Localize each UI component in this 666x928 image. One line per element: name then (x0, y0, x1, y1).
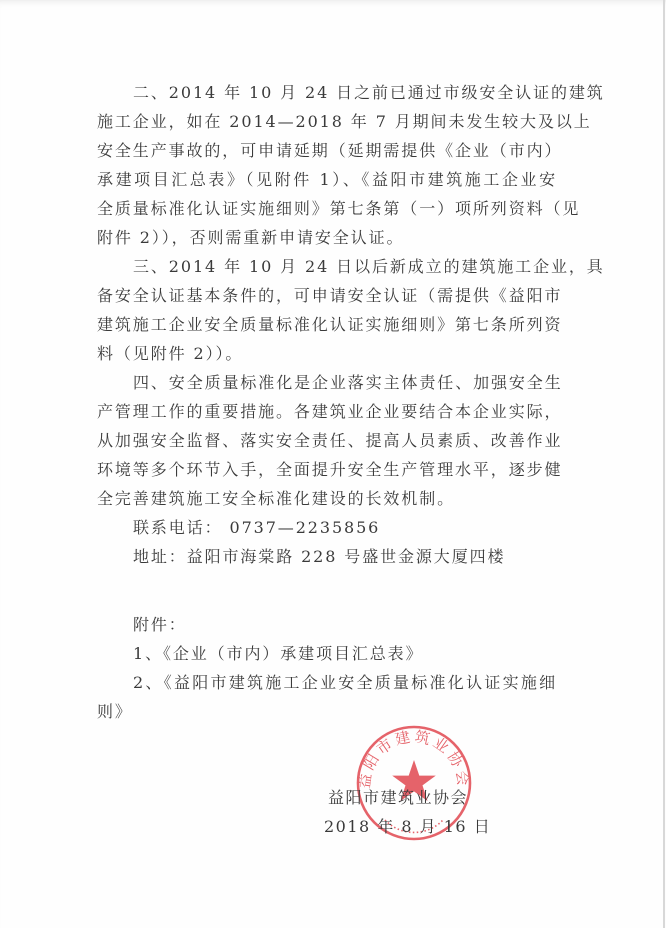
paragraph-3-line: 三、2014 年 10 月 24 日以后新成立的建筑施工企业，具 (97, 252, 557, 281)
paragraph-3-line: 备安全认证基本条件的，可申请安全认证（需提供《益阳市 (97, 281, 557, 310)
contact-address: 地址：益阳市海棠路 228 号盛世金源大厦四楼 (97, 542, 557, 571)
attachments-heading: 附件： (97, 610, 557, 639)
paragraph-4-line: 从加强安全监督、落实安全责任、提高人员素质、改善作业 (97, 426, 557, 455)
paragraph-2-line: 安全生产事故的，可申请延期（延期需提供《企业（市内） (97, 136, 557, 165)
paragraph-2-line: 二、2014 年 10 月 24 日之前已通过市级安全认证的建筑 (97, 78, 557, 107)
paragraph-3-line: 料（见附件 2））。 (97, 339, 557, 368)
paragraph-4-line: 环境等多个环节入手，全面提升安全生产管理水平，逐步健 (97, 455, 557, 484)
paragraph-4-line: 产管理工作的重要措施。各建筑业企业要结合本企业实际， (97, 397, 557, 426)
attachment-item-2: 2、《益阳市建筑施工企业安全质量标准化认证实施细 (97, 668, 557, 697)
document-page: 二、2014 年 10 月 24 日之前已通过市级安全认证的建筑 施工企业，如在… (0, 0, 666, 928)
paragraph-4-line: 全完善建筑施工安全标准化建设的长效机制。 (97, 484, 557, 513)
paragraph-4-line: 四、安全质量标准化是企业落实主体责任、加强安全生 (97, 368, 557, 397)
signature-date: 2018 年 8 月 16 日 (324, 812, 491, 841)
paragraph-2-line: 附件 2）），否则需重新申请安全认证。 (97, 223, 557, 252)
attachment-item-1: 1、《企业（市内）承建项目汇总表》 (97, 639, 557, 668)
paragraph-2-line: 承建项目汇总表》（见附件 1）、《益阳市建筑施工企业安 (97, 165, 557, 194)
contact-phone: 联系电话： 0737—2235856 (97, 513, 557, 542)
signature-organization: 益阳市建筑业协会 (328, 783, 468, 812)
paragraph-3-line: 建筑施工企业安全质量标准化认证实施细则》第七条所列资 (97, 310, 557, 339)
page-edge (663, 0, 665, 928)
paragraph-2-line: 施工企业，如在 2014—2018 年 7 月期间未发生较大及以上 (97, 107, 557, 136)
paragraph-2-line: 全质量标准化认证实施细则》第七条第（一）项所列资料（见 (97, 194, 557, 223)
attachment-item-2-cont: 则》 (97, 697, 557, 726)
